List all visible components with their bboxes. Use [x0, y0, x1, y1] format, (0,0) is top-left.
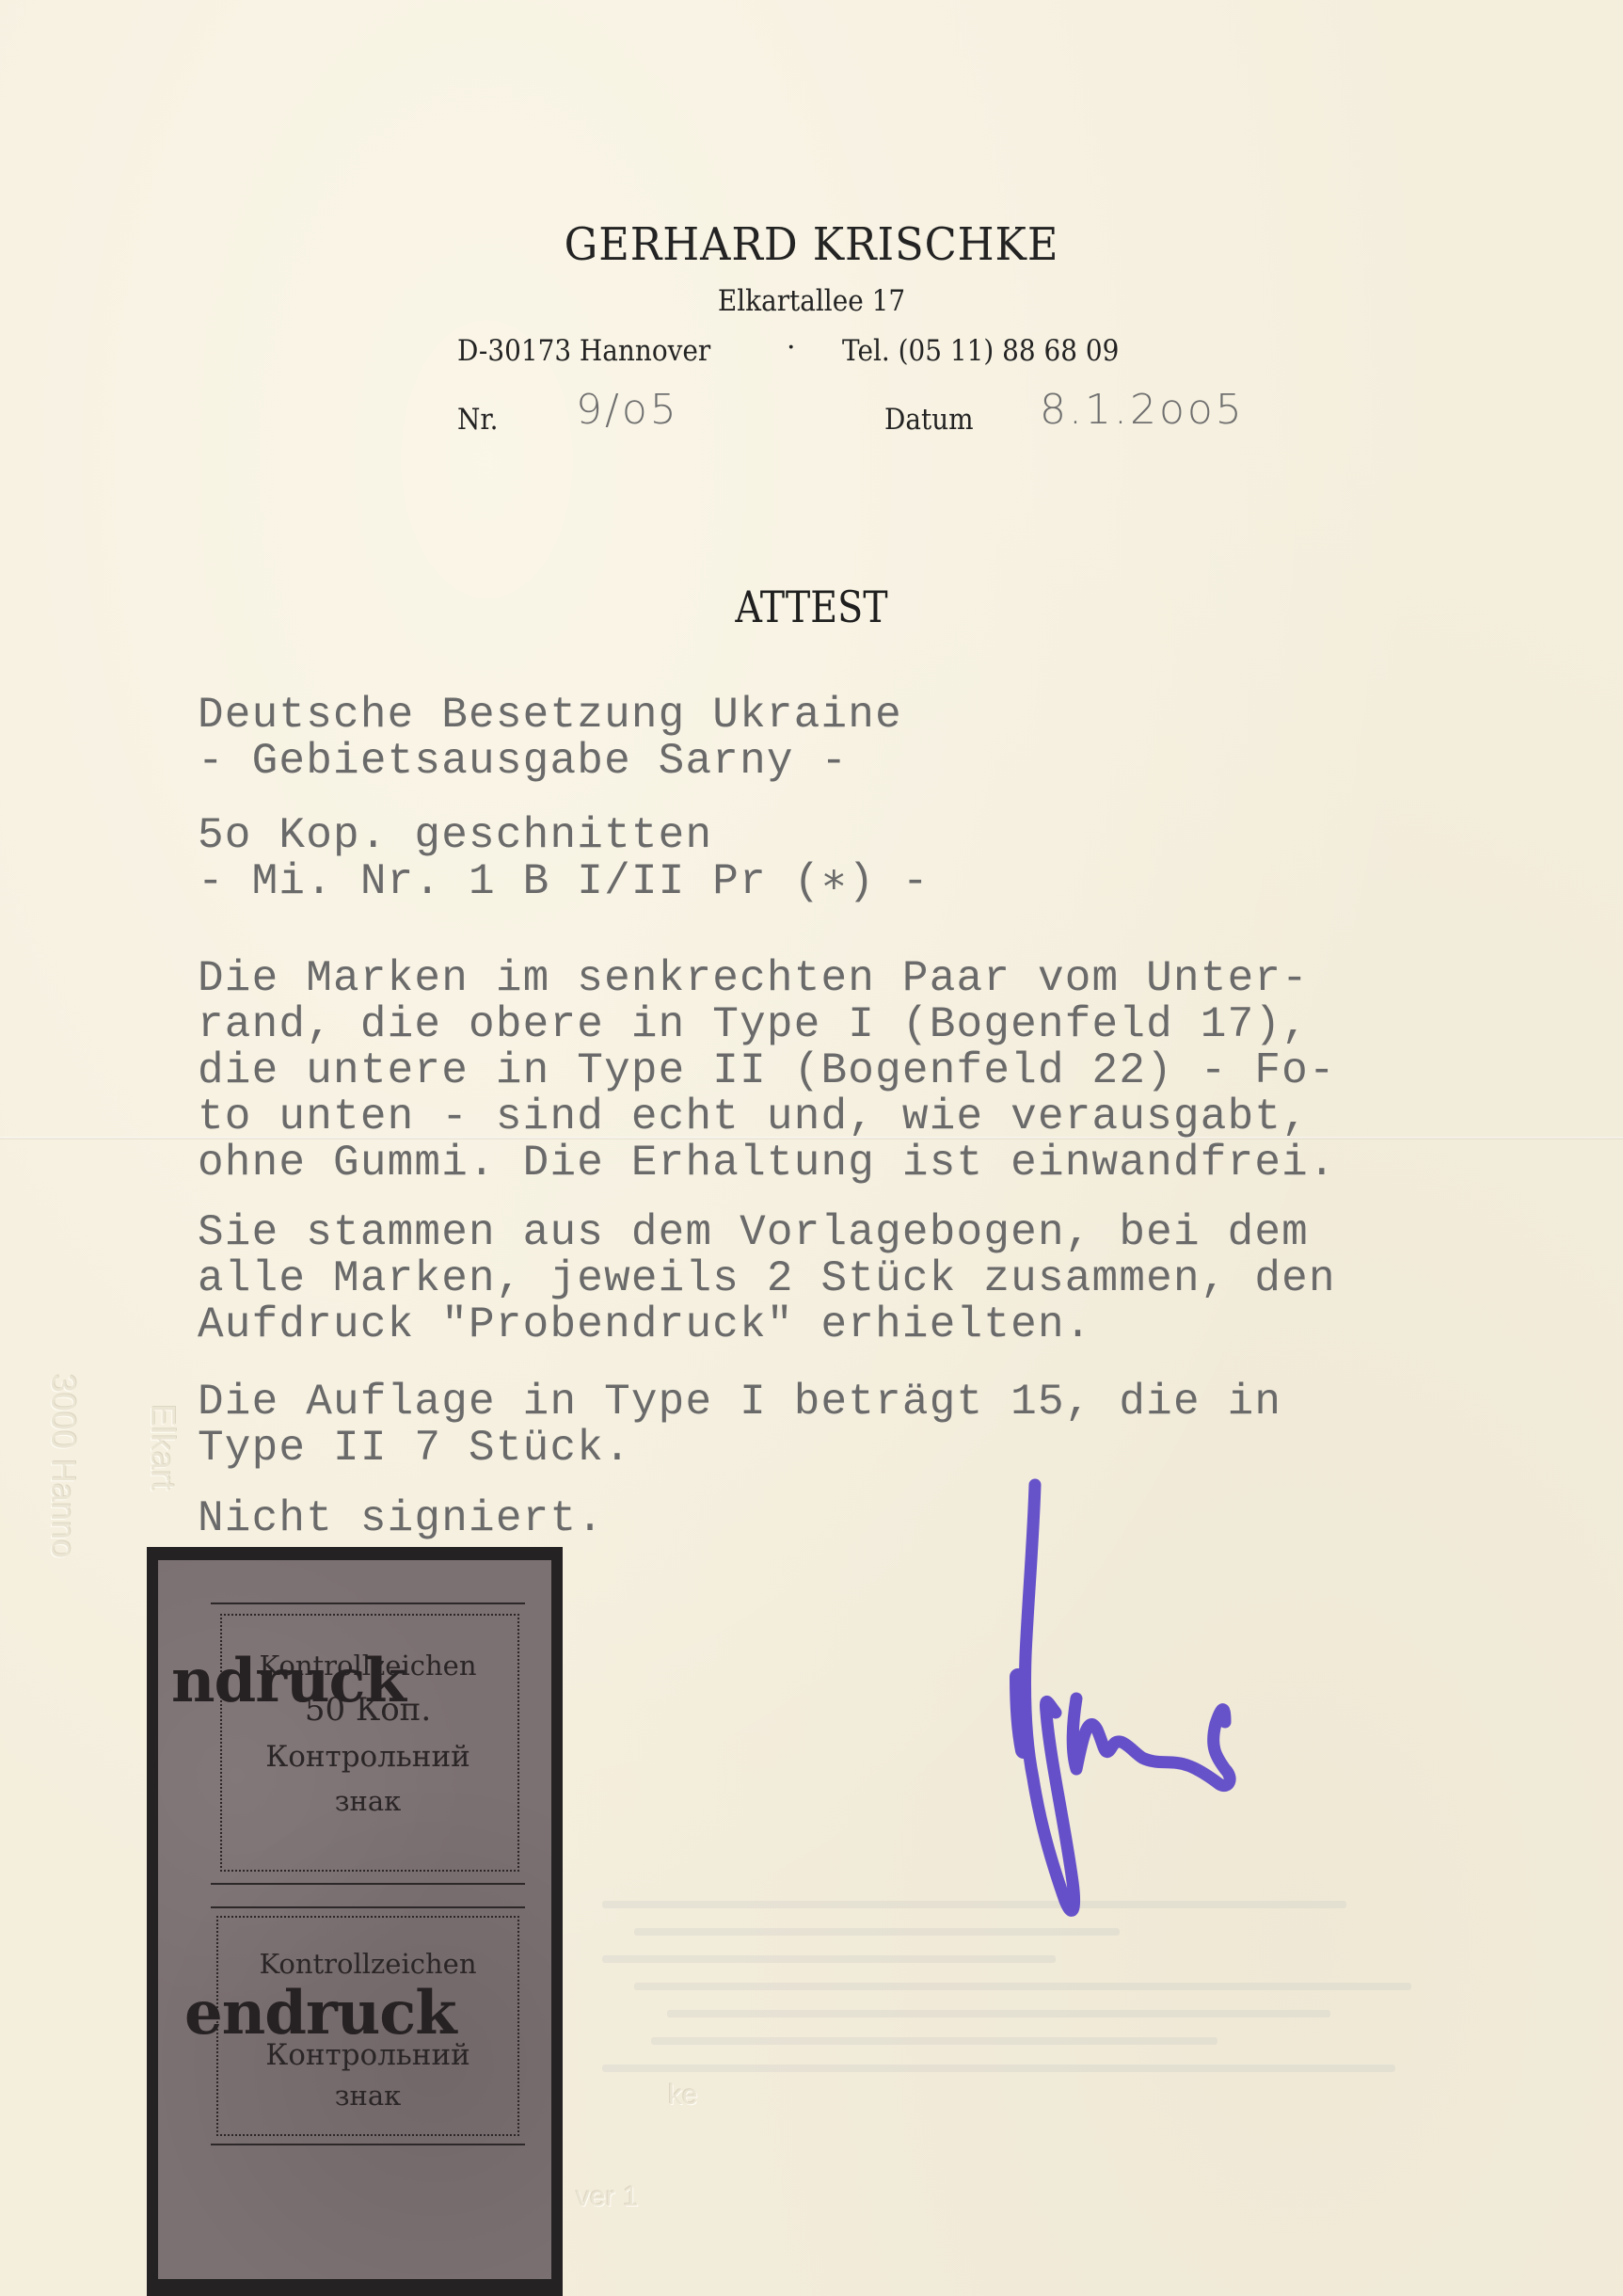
embossed-sender-text: 3000 Hanno: [43, 1374, 83, 1558]
body-line: die untere in Type II (Bogenfeld 22) - F…: [198, 1048, 1336, 1094]
number-label: Nr.: [457, 403, 499, 437]
letterhead-phone: Tel. (05 11) 88 68 09: [842, 334, 1119, 368]
stamp-type-2: Kontrollzeichen Контрольний знак endruck: [211, 1906, 525, 2145]
letterhead-city: D-30173 Hannover: [457, 334, 710, 368]
certificate-date: 8.1.2oo5: [1040, 386, 1245, 434]
certificate-number: 9/o5: [576, 386, 679, 434]
stamp-text-ukrainian-2: знак: [211, 2080, 525, 2112]
stamp-type-1: Kontrollzeichen 50 Коп. Контрольний знак…: [211, 1602, 525, 1885]
body-line: Die Auflage in Type I beträgt 15, die in: [198, 1379, 1281, 1426]
stamp-text-ukrainian-2: знак: [211, 1785, 525, 1817]
probendruck-overprint: endruck: [184, 1978, 456, 2049]
stamp-pair-photo: Kontrollzeichen 50 Коп. Контрольний знак…: [147, 1547, 563, 2296]
body-line: Sie stammen aus dem Vorlagebogen, bei de…: [198, 1210, 1309, 1256]
embossed-sender-text: Elkart: [143, 1404, 183, 1491]
embossed-fragment: ver 1: [576, 2181, 639, 2213]
signature-icon: [979, 1468, 1298, 1938]
catalog-number: - Mi. Nr. 1 B I/II Pr (∗) -: [198, 859, 930, 905]
probendruck-overprint: ndruck: [171, 1646, 406, 1716]
stamp-text-ukrainian: Контрольний: [211, 1740, 525, 1774]
body-line: Type II 7 Stück.: [198, 1426, 631, 1472]
document-title: ATTEST: [114, 582, 1510, 632]
subject-line-2: - Gebietsausgabe Sarny -: [198, 739, 848, 785]
date-label: Datum: [884, 403, 974, 437]
subject-line-1: Deutsche Besetzung Ukraine: [198, 693, 902, 739]
body-line: rand, die obere in Type I (Bogenfeld 17)…: [198, 1002, 1309, 1048]
letterhead-street: Elkartallee 17: [81, 284, 1542, 318]
body-line: to unten - sind echt und, wie verausgabt…: [198, 1094, 1309, 1140]
body-line: ohne Gummi. Die Erhaltung ist einwandfre…: [198, 1140, 1336, 1187]
body-line: alle Marken, jeweils 2 Stück zusammen, d…: [198, 1256, 1336, 1302]
stamp-text-german: Kontrollzeichen: [211, 1948, 525, 1980]
body-line: Die Marken im senkrechten Paar vom Unter…: [198, 956, 1309, 1002]
closing-note: Nicht signiert.: [198, 1496, 604, 1542]
letterhead-name: GERHARD KRISCHKE: [56, 218, 1566, 271]
body-line: Aufdruck "Probendruck" erhielten.: [198, 1302, 1092, 1348]
letterhead-separator: ·: [787, 331, 796, 364]
subject-line-3: 5o Kop. geschnitten: [198, 813, 712, 859]
